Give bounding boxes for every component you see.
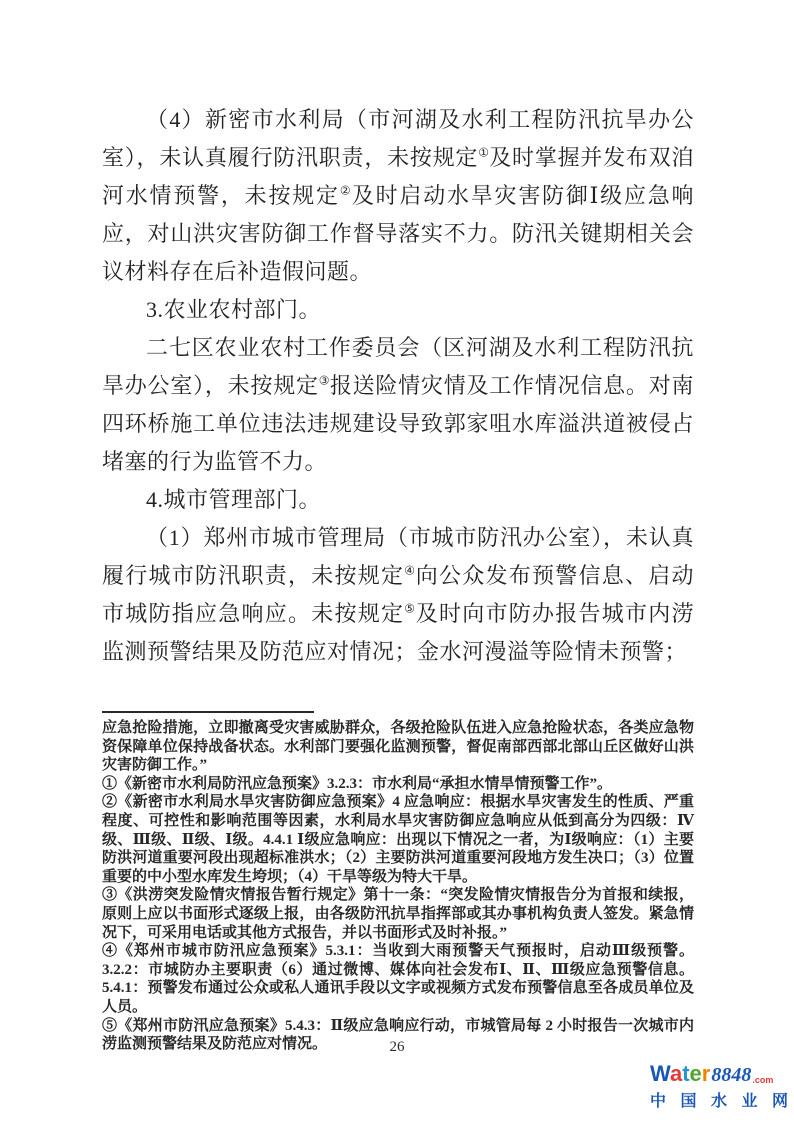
logo-site-name-char: 中 (650, 1088, 666, 1111)
logo-number: 8848 (711, 1064, 751, 1087)
footnote-item: ①《新密市水利局防汛应急预案》3.2.3：市水利局“承担水情旱情预警工作”。 (102, 775, 694, 794)
footnote-ref: ② (340, 184, 352, 198)
logo-letter: r (702, 1061, 711, 1086)
logo-letter: e (690, 1061, 702, 1086)
footnote-separator (102, 711, 314, 713)
logo-site-name-char: 水 (711, 1088, 727, 1111)
logo-letter: W (650, 1061, 670, 1086)
body-paragraph: 4.城市管理部门。 (102, 481, 694, 519)
footnote-item: ②《新密市水利局水旱灾害防御应急预案》4 应急响应：根据水旱灾害发生的性质、严重… (102, 793, 694, 886)
water8848-logo[interactable]: Water 8848 .com 中国水业网 (650, 1061, 788, 1111)
logo-letter: a (670, 1061, 682, 1086)
logo-water-word: Water (650, 1061, 710, 1087)
footnote-ref: ⑤ (404, 602, 416, 616)
body-text: （4）新密市水利局（市河湖及水利工程防汛抗旱办公室），未认真履行防汛职责，未按规… (102, 101, 694, 671)
body-paragraph: （1）郑州市城市管理局（市城市防汛办公室），未认真履行城市防汛职责，未按规定④向… (102, 519, 694, 671)
footnote-item: 应急抢险措施，立即撤离受灾害威胁群众，各级抢险队伍进入应急抢险状态，各类应急物资… (102, 719, 694, 775)
logo-wordmark: Water 8848 .com (650, 1061, 788, 1087)
logo-tld: .com (752, 1075, 773, 1087)
footnotes: 应急抢险措施，立即撤离受灾害威胁群众，各级抢险队伍进入应急抢险状态，各类应急物资… (102, 719, 694, 1054)
body-paragraph: （4）新密市水利局（市河湖及水利工程防汛抗旱办公室），未认真履行防汛职责，未按规… (102, 101, 694, 291)
footnote-item: ④《郑州市城市防汛应急预案》5.3.1：当收到大雨预警天气预报时，启动Ⅲ级预警。… (102, 942, 694, 1016)
page-number: 26 (0, 1039, 794, 1056)
footnote-ref: ① (478, 146, 489, 160)
logo-site-name-char: 网 (772, 1088, 788, 1111)
footnote-ref: ④ (404, 564, 416, 578)
footnote-item: ③《洪涝突发险情灾情报告暂行规定》第十一条：“突发险情灾情报告分为首报和续报，原… (102, 886, 694, 942)
document-page: （4）新密市水利局（市河湖及水利工程防汛抗旱办公室），未认真履行防汛职责，未按规… (0, 0, 794, 1123)
logo-site-name: 中国水业网 (650, 1088, 788, 1111)
logo-site-name-char: 国 (680, 1088, 696, 1111)
logo-site-name-char: 业 (741, 1088, 757, 1111)
body-paragraph: 3.农业农村部门。 (102, 291, 694, 329)
footnote-ref: ③ (319, 374, 330, 388)
body-paragraph: 二七区农业农村工作委员会（区河湖及水利工程防汛抗旱办公室），未按规定③报送险情灾… (102, 329, 694, 481)
logo-letter: t (682, 1061, 689, 1086)
